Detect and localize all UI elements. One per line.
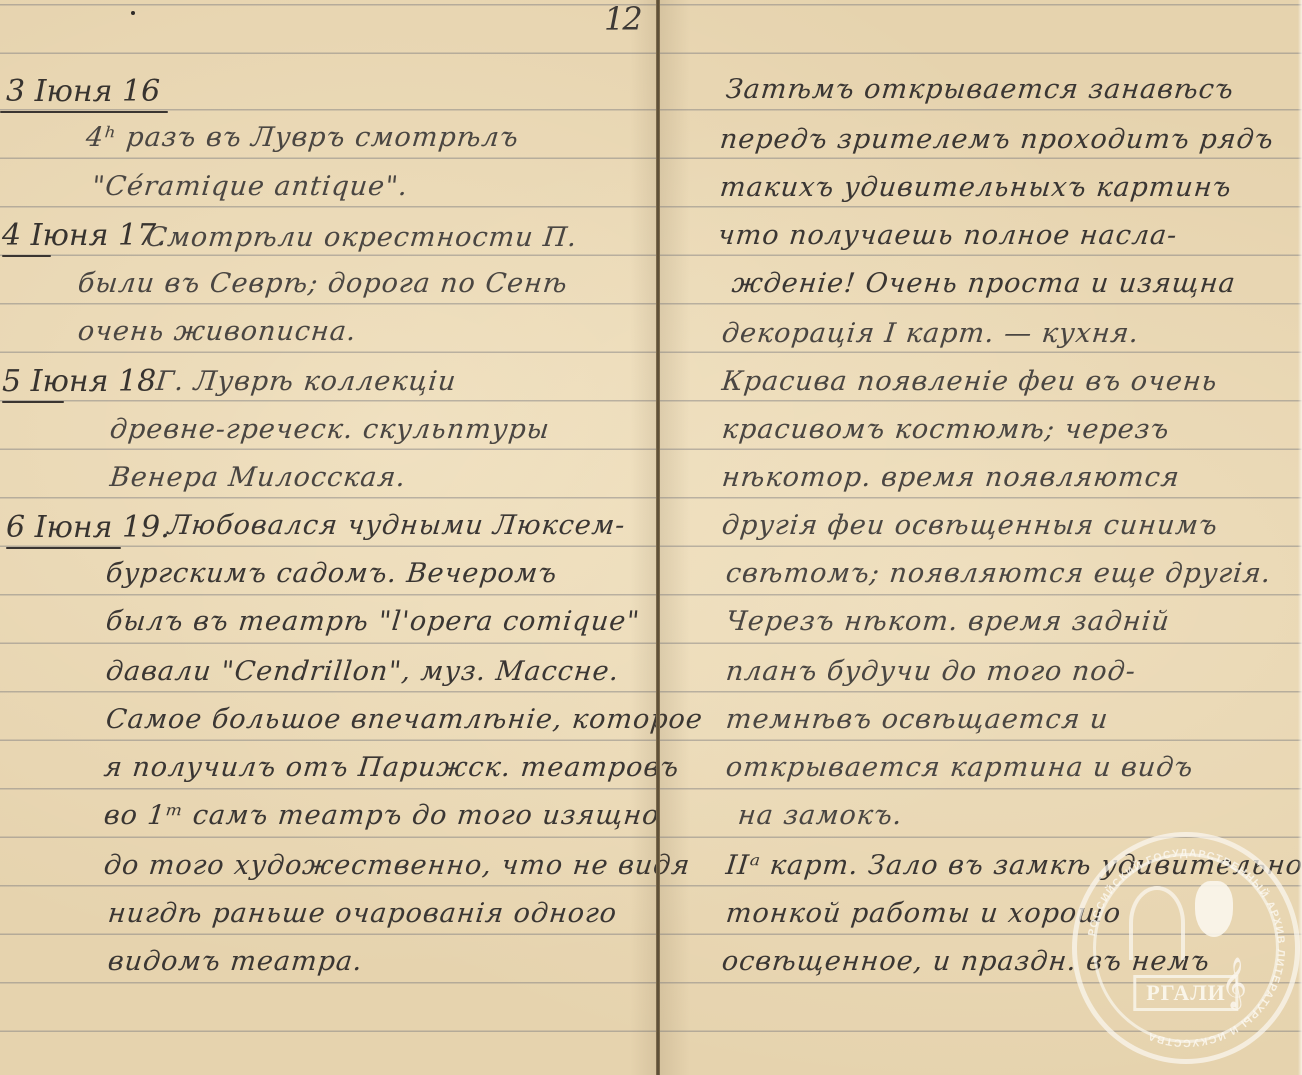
date-underline [2, 255, 51, 257]
page-edge [1298, 0, 1302, 1075]
entry-line: другія феи освѣщенныя синимъ [720, 510, 1219, 541]
date-underline [0, 111, 168, 113]
entry-line: что получаешь полное насла- [716, 220, 1179, 251]
entry-line: свѣтомъ; появляются еще другія. [724, 558, 1272, 589]
svg-text:РОССИЙСКИЙ ГОСУДАРСТВЕННЫЙ АРХ: РОССИЙСКИЙ ГОСУДАРСТВЕННЫЙ АРХИВ ЛИТЕРАТ… [1086, 847, 1287, 1049]
entry-line: открывается картина и видъ [724, 752, 1195, 783]
entry-line: Красива появленіе феи въ очень [720, 366, 1219, 397]
entry-line: Затѣмъ открывается занавѣсъ [724, 74, 1235, 105]
entry-line: бургскимъ садомъ. Вечеромъ [104, 558, 559, 589]
entry-line: Любовался чудными Люксем- [166, 510, 627, 541]
entry-line: декорація I карт. — кухня. [720, 318, 1140, 349]
entry-line: нѣкотор. время появляются [720, 462, 1181, 493]
archive-stamp: РОССИЙСКИЙ ГОСУДАРСТВЕННЫЙ АРХИВ ЛИТЕРАТ… [1072, 832, 1300, 1064]
entry-line: былъ въ театрѣ "l'opera comique" [104, 606, 641, 637]
entry-date: 4 Іюня 17. [2, 218, 166, 253]
entry-line: Венера Милосская. [108, 462, 407, 493]
left-page: 3 Іюня 16 4ʰ разъ въ Лувръ смотрѣлъ "Cér… [0, 0, 658, 1075]
notebook-spread: 3 Іюня 16 4ʰ разъ въ Лувръ смотрѣлъ "Cér… [0, 0, 1302, 1075]
entry-line: нигдѣ раньше очарованія одного [106, 898, 618, 929]
entry-date: 5 Іюня 18 [2, 364, 156, 399]
entry-line: красивомъ костюмѣ; черезъ [720, 414, 1171, 445]
page-number: 12 [604, 0, 641, 38]
entry-line: были въ Севрѣ; дорога по Сенѣ [76, 268, 569, 299]
entry-line: древне-греческ. скульптуры [108, 414, 551, 445]
date-underline [2, 401, 64, 403]
entry-line: "Céramique antique". [90, 171, 409, 202]
entry-line: планъ будучи до того под- [724, 656, 1137, 687]
entry-line: Самое большое впечатлѣніе, которое [104, 704, 704, 735]
entry-line: видомъ театра. [106, 946, 364, 977]
entry-line: 4ʰ разъ въ Лувръ смотрѣлъ [84, 122, 520, 153]
entry-line: такихъ удивительныхъ картинъ [718, 172, 1233, 203]
ink-dot [131, 11, 135, 15]
entry-line: Черезъ нѣкот. время задній [724, 606, 1171, 637]
date-underline [6, 547, 121, 549]
entry-line: передъ зрителемъ проходитъ рядъ [718, 124, 1275, 155]
entry-line: Смотрѣли окрестности П. [144, 222, 579, 253]
entry-line: тонкой работы и хорошо [724, 898, 1122, 929]
stamp-ring-text: РОССИЙСКИЙ ГОСУДАРСТВЕННЫЙ АРХИВ ЛИТЕРАТ… [1077, 837, 1295, 1059]
lyre-icon [1129, 886, 1185, 960]
theatre-mask-icon [1195, 881, 1233, 937]
entry-line: я получилъ отъ Парижск. театровъ [102, 752, 681, 783]
entry-line: жденіе! Очень проста и изящна [730, 268, 1237, 299]
entry-line: темнѣвъ освѣщается и [724, 704, 1110, 735]
entry-date: 3 Іюня 16 [6, 74, 160, 109]
stamp-label: РГАЛИ [1133, 975, 1238, 1011]
entry-line: на замокъ. [736, 800, 904, 831]
entry-line: до того художественно, что не видя [102, 850, 692, 881]
entry-line: Г. Луврѣ коллекціи [154, 366, 458, 397]
entry-line: очень живописна. [76, 316, 358, 347]
entry-line: давали "Cendrillon", муз. Массне. [104, 656, 620, 687]
entry-date: 6 Іюня 19. [6, 510, 170, 545]
entry-line: во 1ᵐ самъ театръ до того изящно [102, 800, 661, 831]
